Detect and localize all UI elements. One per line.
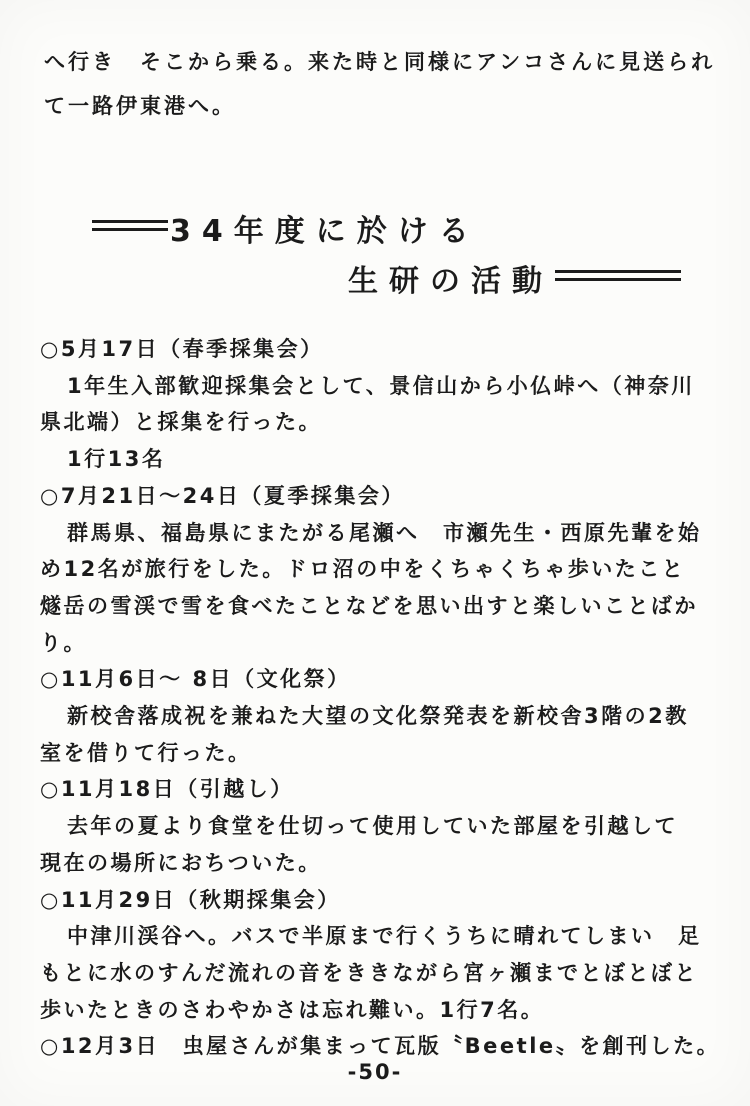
text-line: ○11月29日（秋期採集会） [40, 882, 726, 919]
text-line: 去年の夏より食堂を仕切って使用していた部屋を引越して [40, 808, 726, 845]
section-title-text-2: 生研の活動 [348, 264, 553, 299]
text-line: 1行13名 [40, 441, 726, 478]
text-line: ○11月6日～ 8日（文化祭） [40, 661, 726, 698]
scanned-document-page: へ行き そこから乗る。来た時と同様にアンコさんに見送られ て一路伊東港へ。 34… [0, 0, 750, 1106]
section-title-line-1: 34年度に於ける [0, 206, 750, 256]
double-rule-right [555, 270, 681, 281]
text-line: ○5月17日（春季採集会） [40, 331, 726, 368]
text-line: 新校舎落成祝を兼ねた大望の文化祭発表を新校舎3階の2教 [40, 698, 726, 735]
text-line: 燧岳の雪渓で雪を食べたことなどを思い出すと楽しいことばか [40, 588, 726, 625]
page-number: -50- [0, 1060, 750, 1084]
text-line: て一路伊東港へ。 [44, 84, 720, 128]
text-line: ○11月18日（引越し） [40, 771, 726, 808]
text-line: へ行き そこから乗る。来た時と同様にアンコさんに見送られ [44, 40, 720, 84]
text-line: もとに水のすんだ流れの音をききながら宮ヶ瀬までとぼとぼと [40, 955, 726, 992]
section-title-line-2: 生研の活動 [0, 256, 750, 306]
text-line: 群馬県、福島県にまたがる尾瀬へ 市瀬先生・西原先輩を始 [40, 515, 726, 552]
section-title: 34年度に於ける 生研の活動 [0, 206, 750, 306]
text-line: 県北端）と採集を行った。 [40, 404, 726, 441]
text-line: 現在の場所におちついた。 [40, 845, 726, 882]
continuation-paragraph: へ行き そこから乗る。来た時と同様にアンコさんに見送られ て一路伊東港へ。 [44, 40, 720, 128]
text-line: 1年生入部歓迎採集会として、景信山から小仏峠へ（神奈川 [40, 368, 726, 405]
double-rule-left [92, 220, 168, 231]
text-line: ○7月21日～24日（夏季採集会） [40, 478, 726, 515]
text-line: 室を借りて行った。 [40, 735, 726, 772]
text-line: め12名が旅行をした。ドロ沼の中をくちゃくちゃ歩いたこと [40, 551, 726, 588]
text-line: り。 [40, 625, 726, 662]
document-body: ○5月17日（春季採集会）1年生入部歓迎採集会として、景信山から小仏峠へ（神奈川… [40, 331, 726, 1065]
section-title-text-1: 34年度に於ける [170, 214, 480, 249]
text-line: 中津川渓谷へ。バスで半原まで行くうちに晴れてしまい 足 [40, 918, 726, 955]
text-line: 歩いたときのさわやかさは忘れ難い。1行7名。 [40, 992, 726, 1029]
